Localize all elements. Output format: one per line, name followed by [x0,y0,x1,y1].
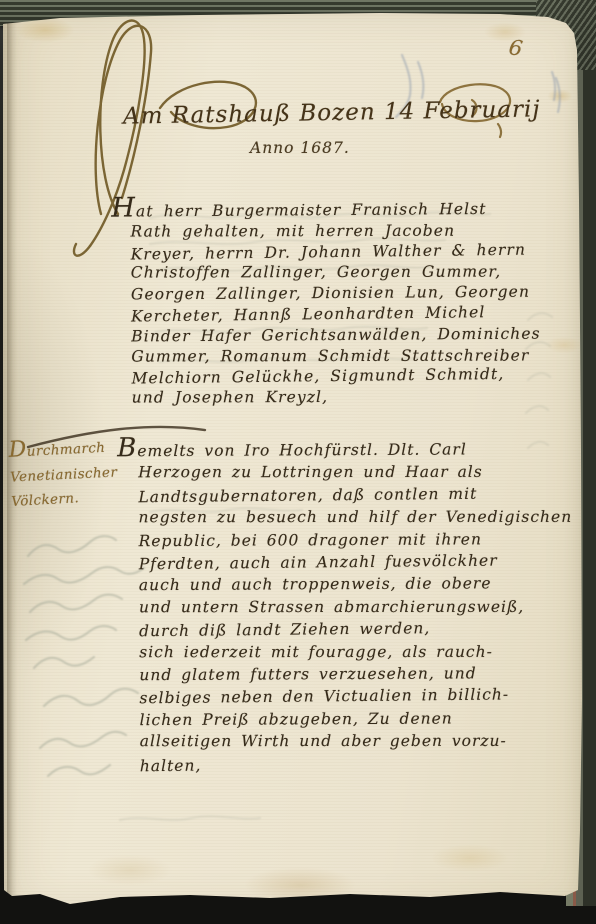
text-line: und untern Strassen abmarchierungsweiß, [139,596,573,619]
manuscript-page: 6 Am Ratshauß Bozen 14 Februarij Anno 16… [0,0,596,924]
text-line: sich iederzeit mit fouragge, als rauch- [139,640,573,663]
paragraph-1: Hat herr Burgermaister Franisch Helst Ra… [130,196,541,410]
text-line: und Josephen Kreyzl, [132,387,541,409]
text-line: Binder Hafer Gerichtsanwälden, Dominiche… [131,323,541,347]
text-line: auch und auch troppenweis, die obere [139,572,573,597]
text-line: allseitigen Wirth und aber geben vorzu- [140,730,574,753]
text-line: Hat herr Burgermaister Franisch Helst [111,196,540,223]
text-line: Pferdten, auch ain Anzahl fuesvölckher [139,549,573,576]
manuscript-photo: 6 Am Ratshauß Bozen 14 Februarij Anno 16… [0,0,596,924]
text-line: Bemelts von Iro Hochfürstl. Dlt. Carl [117,435,572,463]
margin-note: Durchmarch Venetianischer Völckern. [8,433,119,514]
text-line: Rath gehalten, mit herren Jacoben [130,220,539,242]
header-line-2: Anno 1687. [250,139,350,157]
text-line: halten, [140,750,574,777]
text-line: durch diß landt Ziehen werden, [139,616,573,643]
text-line: Landtsgubernatoren, daß contlen mit [138,482,572,509]
text-line: lichen Preiß abzugeben, Zu denen [140,707,574,732]
text-line: Herzogen zu Lottringen und Haar als [138,461,572,484]
text-line: negsten zu besuech und hilf der Venedigi… [139,506,573,529]
text-line: Christoffen Zallinger, Georgen Gummer, [131,262,540,284]
paragraph-2: Bemelts von Iro Hochfürstl. Dlt. Carl He… [138,435,573,776]
